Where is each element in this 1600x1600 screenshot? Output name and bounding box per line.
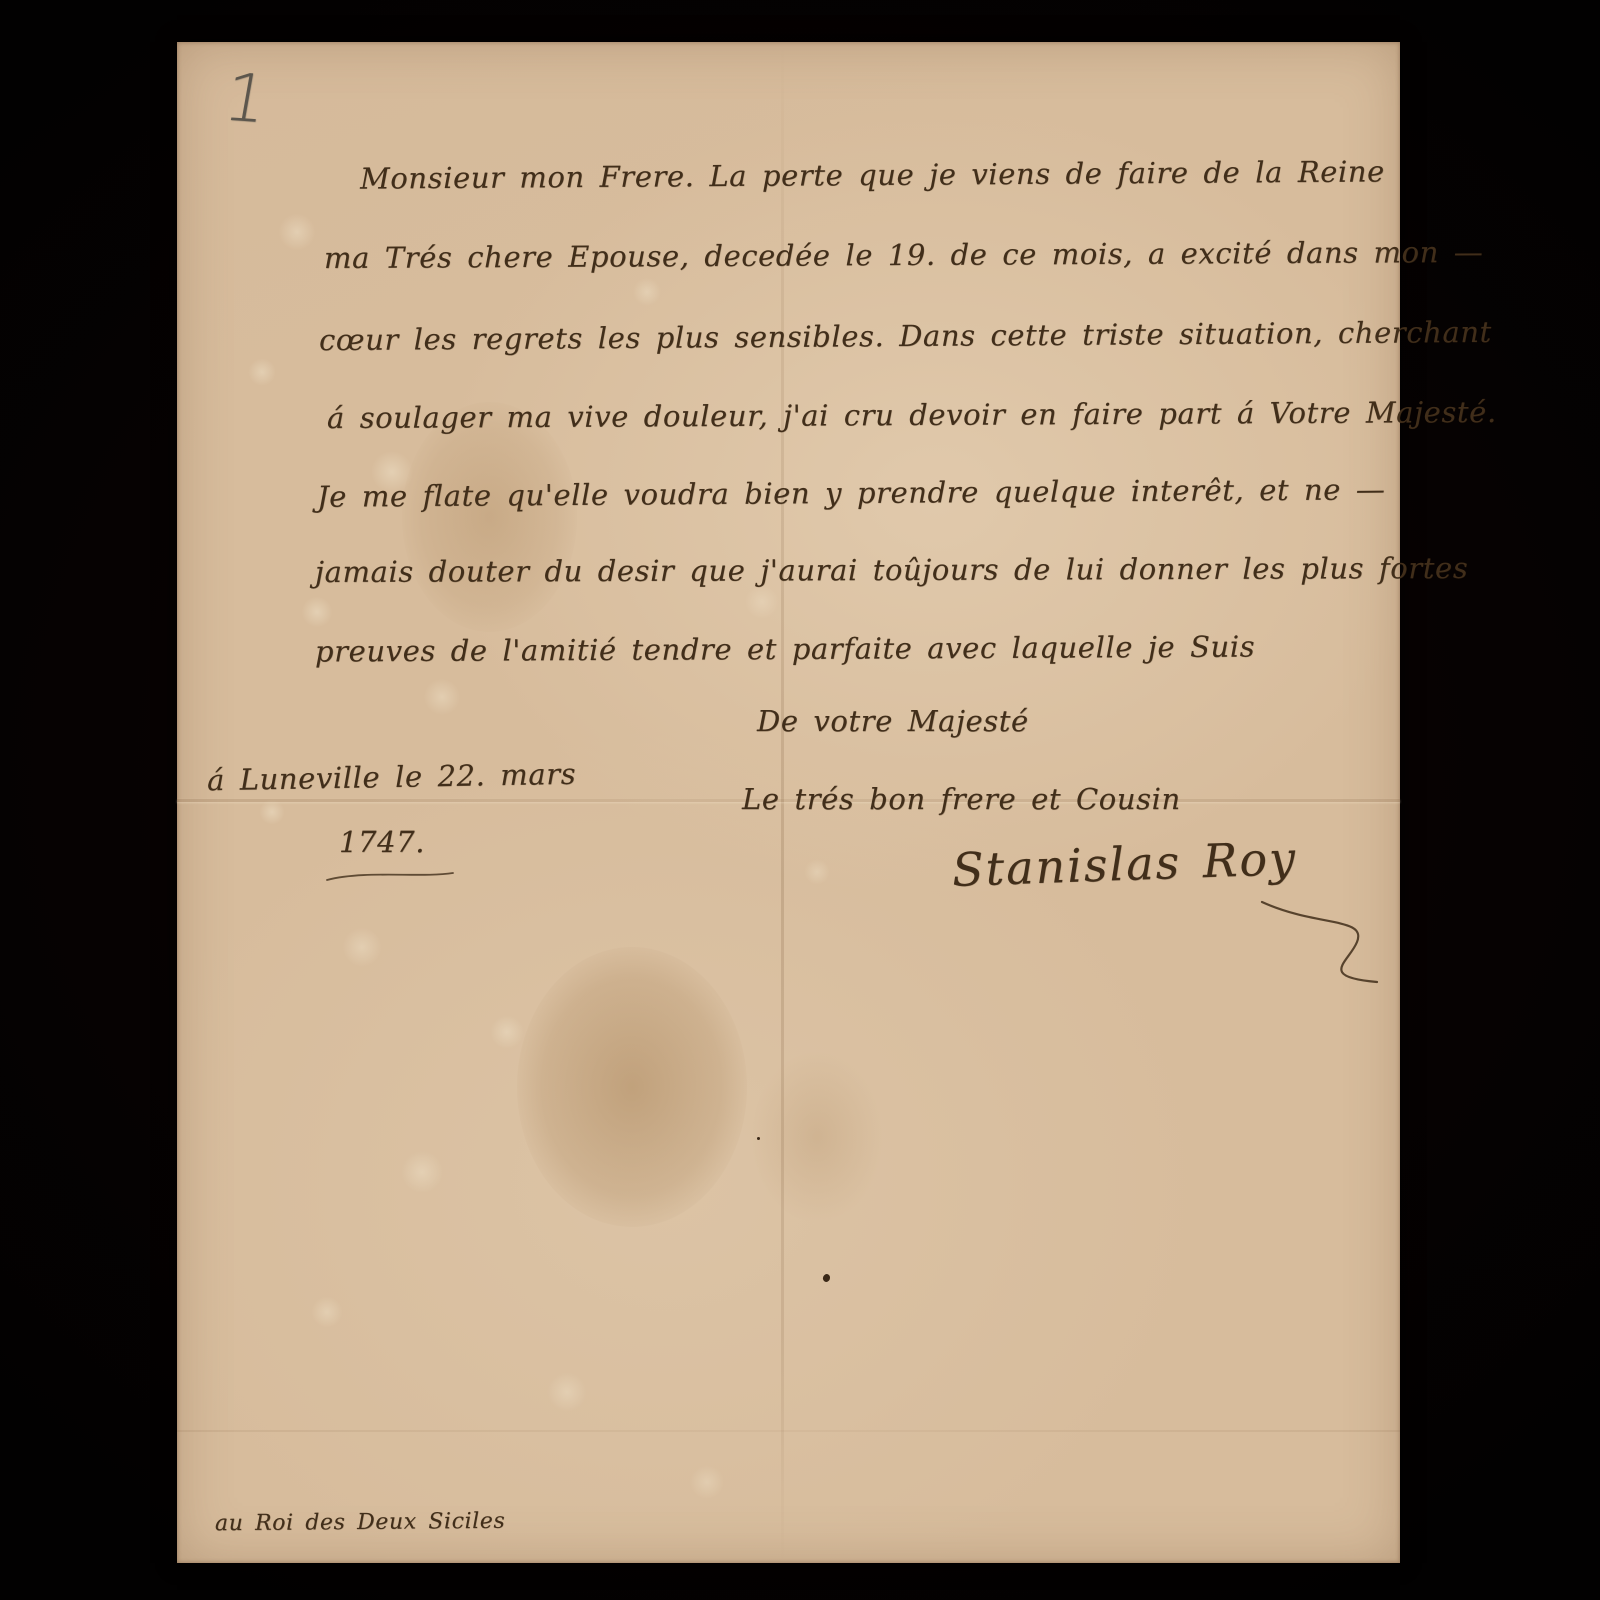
pencil-inventory-mark: 1 — [218, 59, 273, 138]
dateline-year: 1747. — [339, 825, 425, 859]
ink-speck — [822, 1273, 831, 1283]
signature-paraph-flourish — [1257, 897, 1397, 987]
letter-body-line: jamais douter du desir que j'aurai toûjo… — [315, 551, 1468, 589]
foxing-stain-small — [752, 1052, 882, 1222]
photo-backdrop: 1 Monsieur mon Frere. La perte que je vi… — [0, 0, 1600, 1600]
letter-sheet: 1 Monsieur mon Frere. La perte que je vi… — [177, 42, 1400, 1563]
letter-body-line: Je me flate qu'elle voudra bien y prendr… — [317, 472, 1386, 513]
letter-body-line: ma Trés chere Epouse, decedée le 19. de … — [324, 235, 1484, 275]
ink-speck — [757, 1137, 760, 1140]
docket-recipient: au Roi des Deux Siciles — [215, 1509, 506, 1537]
letter-body-line: á soulager ma vive douleur, j'ai cru dev… — [327, 395, 1497, 435]
foxing-stain-middle — [402, 402, 577, 632]
horizontal-fold-crease-lower — [177, 1430, 1400, 1432]
letter-body-line: cœur les regrets les plus sensibles. Dan… — [319, 315, 1492, 357]
letter-closing-line: De votre Majesté — [757, 704, 1029, 738]
letter-closing-line: Le trés bon frere et Cousin — [742, 782, 1181, 816]
letter-body-line: Monsieur mon Frere. La perte que je vien… — [360, 154, 1385, 195]
letter-body-line: preuves de l'amitié tendre et parfaite a… — [315, 630, 1255, 669]
signature: Stanislas Roy — [951, 831, 1298, 897]
foxing-stain-large — [517, 947, 747, 1227]
year-underline-flourish — [325, 868, 455, 884]
dateline-place: á Luneville le 22. mars — [207, 757, 577, 797]
